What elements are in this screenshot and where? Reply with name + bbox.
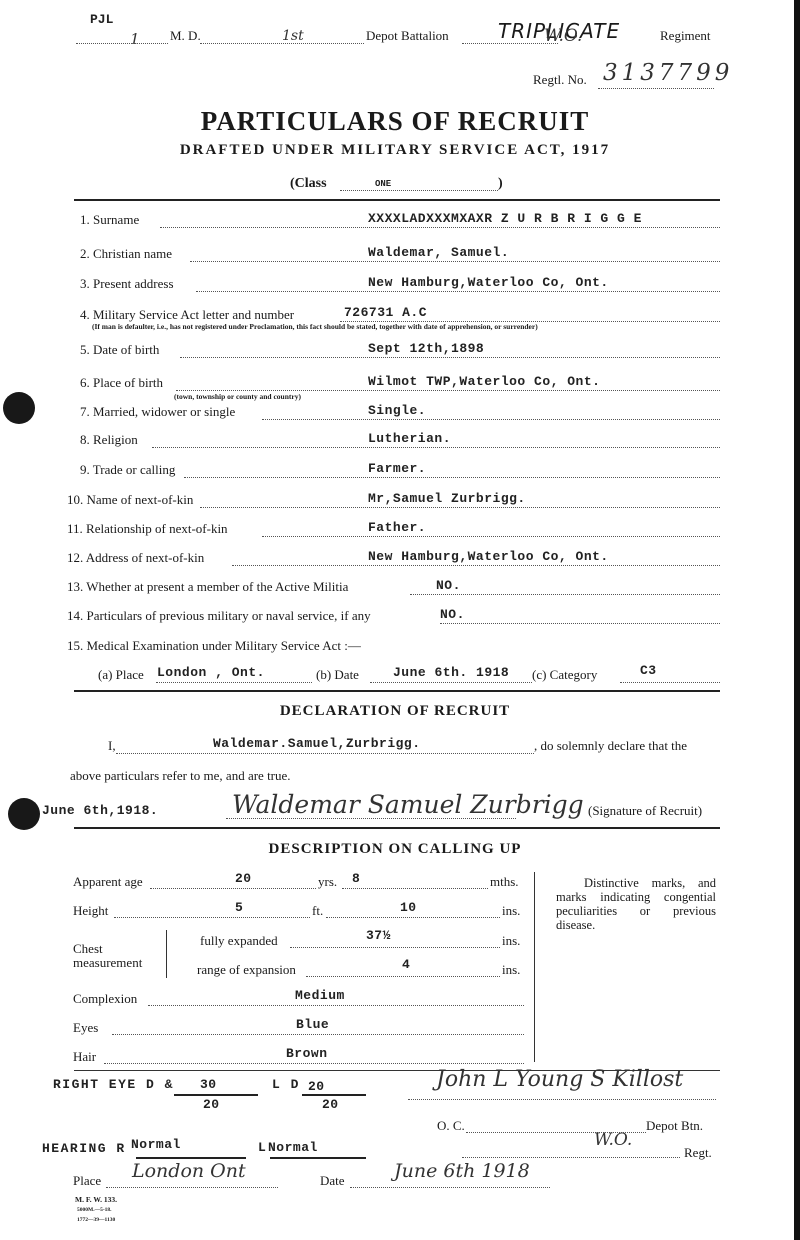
page-subtitle: DRAFTED UNDER MILITARY SERVICE ACT, 1917	[0, 142, 790, 159]
class-value: ONE	[375, 179, 391, 189]
depot-btn-label: Depot Btn.	[646, 1118, 703, 1134]
chest-full-unit: ins.	[502, 933, 520, 949]
recruit-signature: Waldemar Samuel Zurbrigg	[232, 790, 584, 819]
item-11-label: 11. Relationship of next-of-kin	[67, 521, 228, 537]
marital-status-value: Single.	[368, 403, 426, 418]
regtl-no-label: Regtl. No.	[533, 72, 587, 88]
declaration-suffix: , do solemnly declare that the	[534, 738, 687, 754]
file-code: PJL	[90, 12, 113, 27]
item-4-label: 4. Military Service Act letter and numbe…	[80, 307, 294, 323]
chest-range-unit: ins.	[502, 962, 520, 978]
chest-full-value: 37½	[366, 928, 391, 943]
trade-value: Farmer.	[368, 461, 426, 476]
item-9-label: 9. Trade or calling	[80, 462, 175, 478]
hearing-label: HEARING R	[42, 1141, 126, 1156]
right-eye-numerator: 30	[200, 1077, 217, 1092]
vision-label: RIGHT EYE D &	[53, 1077, 174, 1092]
punch-hole-top	[3, 392, 35, 424]
regiment-value: W.O.	[544, 26, 582, 46]
officer-signature: John L Young S Killost	[436, 1067, 683, 1092]
eyes-label: Eyes	[73, 1020, 98, 1036]
distinctive-marks-label: Distinctive marks, and marks indicating …	[556, 876, 716, 932]
months-label: mths.	[490, 874, 519, 890]
eyes-value: Blue	[296, 1017, 329, 1032]
item-1-label: 1. Surname	[80, 212, 139, 228]
page-title: PARTICULARS OF RECRUIT	[0, 106, 790, 137]
left-eye-label: L D	[272, 1077, 300, 1092]
hearing-left-prefix: L	[258, 1140, 266, 1155]
md-label: M. D.	[170, 28, 201, 44]
msa-number-value: 726731 A.C	[344, 305, 427, 320]
item-6-note: (town, township or county and country)	[174, 392, 301, 401]
item-13-label: 13. Whether at present a member of the A…	[67, 579, 348, 595]
item-15-label: 15. Medical Examination under Military S…	[67, 638, 361, 654]
item-8-label: 8. Religion	[80, 432, 138, 448]
depot-label: Depot Battalion	[366, 28, 449, 44]
medical-place-value: London , Ont.	[157, 665, 265, 680]
chest-range-label: range of expansion	[197, 962, 296, 978]
footer-date-value: June 6th 1918	[394, 1160, 530, 1182]
description-heading: DESCRIPTION ON CALLING UP	[0, 841, 790, 858]
form-number: M. F. W. 133.	[75, 1195, 117, 1204]
declaration-line-2: above particulars refer to me, and are t…	[70, 768, 291, 784]
chest-full-label: fully expanded	[200, 933, 278, 949]
height-feet-value: 5	[235, 900, 243, 915]
item-5-label: 5. Date of birth	[80, 342, 159, 358]
hearing-right-value: Normal	[131, 1137, 181, 1152]
height-inches-label: ins.	[502, 903, 520, 919]
item-4-note: (If man is defaulter, i.e., has not regi…	[92, 322, 538, 331]
previous-service-value: NO.	[440, 607, 465, 622]
medical-date-label: (b) Date	[316, 667, 359, 683]
regiment-label: Regiment	[660, 28, 711, 44]
print-run: 5000M.—5-18.	[77, 1207, 112, 1213]
medical-date-value: June 6th. 1918	[393, 665, 509, 680]
item-14-label: 14. Particulars of previous military or …	[67, 608, 371, 624]
footer-place-label: Place	[73, 1173, 101, 1189]
active-militia-value: NO.	[436, 578, 461, 593]
chest-label-2: measurement	[73, 955, 142, 971]
footer-place-value: London Ont	[132, 1160, 246, 1182]
declaration-name: Waldemar.Samuel,Zurbrigg.	[213, 736, 421, 751]
regt-label: Regt.	[684, 1145, 712, 1161]
age-label: Apparent age	[73, 874, 143, 890]
surname-value: XXXXLADXXXMXAXR Z U R B R I G G E	[368, 211, 642, 226]
height-label: Height	[73, 903, 108, 919]
hair-label: Hair	[73, 1049, 96, 1065]
age-years-value: 20	[235, 871, 252, 886]
declaration-heading: DECLARATION OF RECRUIT	[0, 703, 790, 720]
md-value: 1	[130, 30, 140, 48]
item-12-label: 12. Address of next-of-kin	[67, 550, 204, 566]
medical-place-label: (a) Place	[98, 667, 144, 683]
print-code: 1772—39—1130	[77, 1217, 115, 1223]
hair-value: Brown	[286, 1046, 328, 1061]
depot-value: 1st	[282, 28, 304, 44]
chest-range-value: 4	[402, 957, 410, 972]
feet-label: ft.	[312, 903, 323, 919]
years-label: yrs.	[318, 874, 337, 890]
next-of-kin-name-value: Mr,Samuel Zurbrigg.	[368, 491, 526, 506]
present-address-value: New Hamburg,Waterloo Co, Ont.	[368, 275, 609, 290]
complexion-value: Medium	[295, 988, 345, 1003]
religion-value: Lutherian.	[368, 431, 451, 446]
class-close: )	[498, 176, 503, 192]
next-of-kin-address-value: New Hamburg,Waterloo Co, Ont.	[368, 549, 609, 564]
medical-category-label: (c) Category	[532, 667, 597, 683]
declaration-prefix: I,	[108, 738, 116, 754]
signature-label: (Signature of Recruit)	[588, 803, 702, 819]
place-of-birth-value: Wilmot TWP,Waterloo Co, Ont.	[368, 374, 600, 389]
left-eye-denominator: 20	[322, 1097, 339, 1112]
relationship-value: Father.	[368, 520, 426, 535]
punch-hole-bottom	[8, 798, 40, 830]
declaration-date: June 6th,1918.	[42, 803, 158, 818]
class-label: (Class	[290, 176, 327, 192]
footer-date-label: Date	[320, 1173, 345, 1189]
left-eye-numerator: 20	[308, 1079, 325, 1094]
age-months-value: 8	[352, 871, 360, 886]
right-eye-denominator: 20	[203, 1097, 220, 1112]
scan-edge	[794, 0, 800, 1240]
item-2-label: 2. Christian name	[80, 246, 172, 262]
item-6-label: 6. Place of birth	[80, 375, 163, 391]
item-10-label: 10. Name of next-of-kin	[67, 492, 193, 508]
complexion-label: Complexion	[73, 991, 137, 1007]
regtl-no-value: 3137799	[603, 60, 733, 86]
hearing-left-value: Normal	[268, 1140, 318, 1155]
officer-initials: W.O.	[594, 1130, 632, 1150]
christian-name-value: Waldemar, Samuel.	[368, 245, 509, 260]
medical-category-value: C3	[640, 663, 657, 678]
item-7-label: 7. Married, widower or single	[80, 404, 235, 420]
oc-label: O. C.	[437, 1118, 465, 1134]
height-inches-value: 10	[400, 900, 417, 915]
date-of-birth-value: Sept 12th,1898	[368, 341, 484, 356]
item-3-label: 3. Present address	[80, 276, 174, 292]
